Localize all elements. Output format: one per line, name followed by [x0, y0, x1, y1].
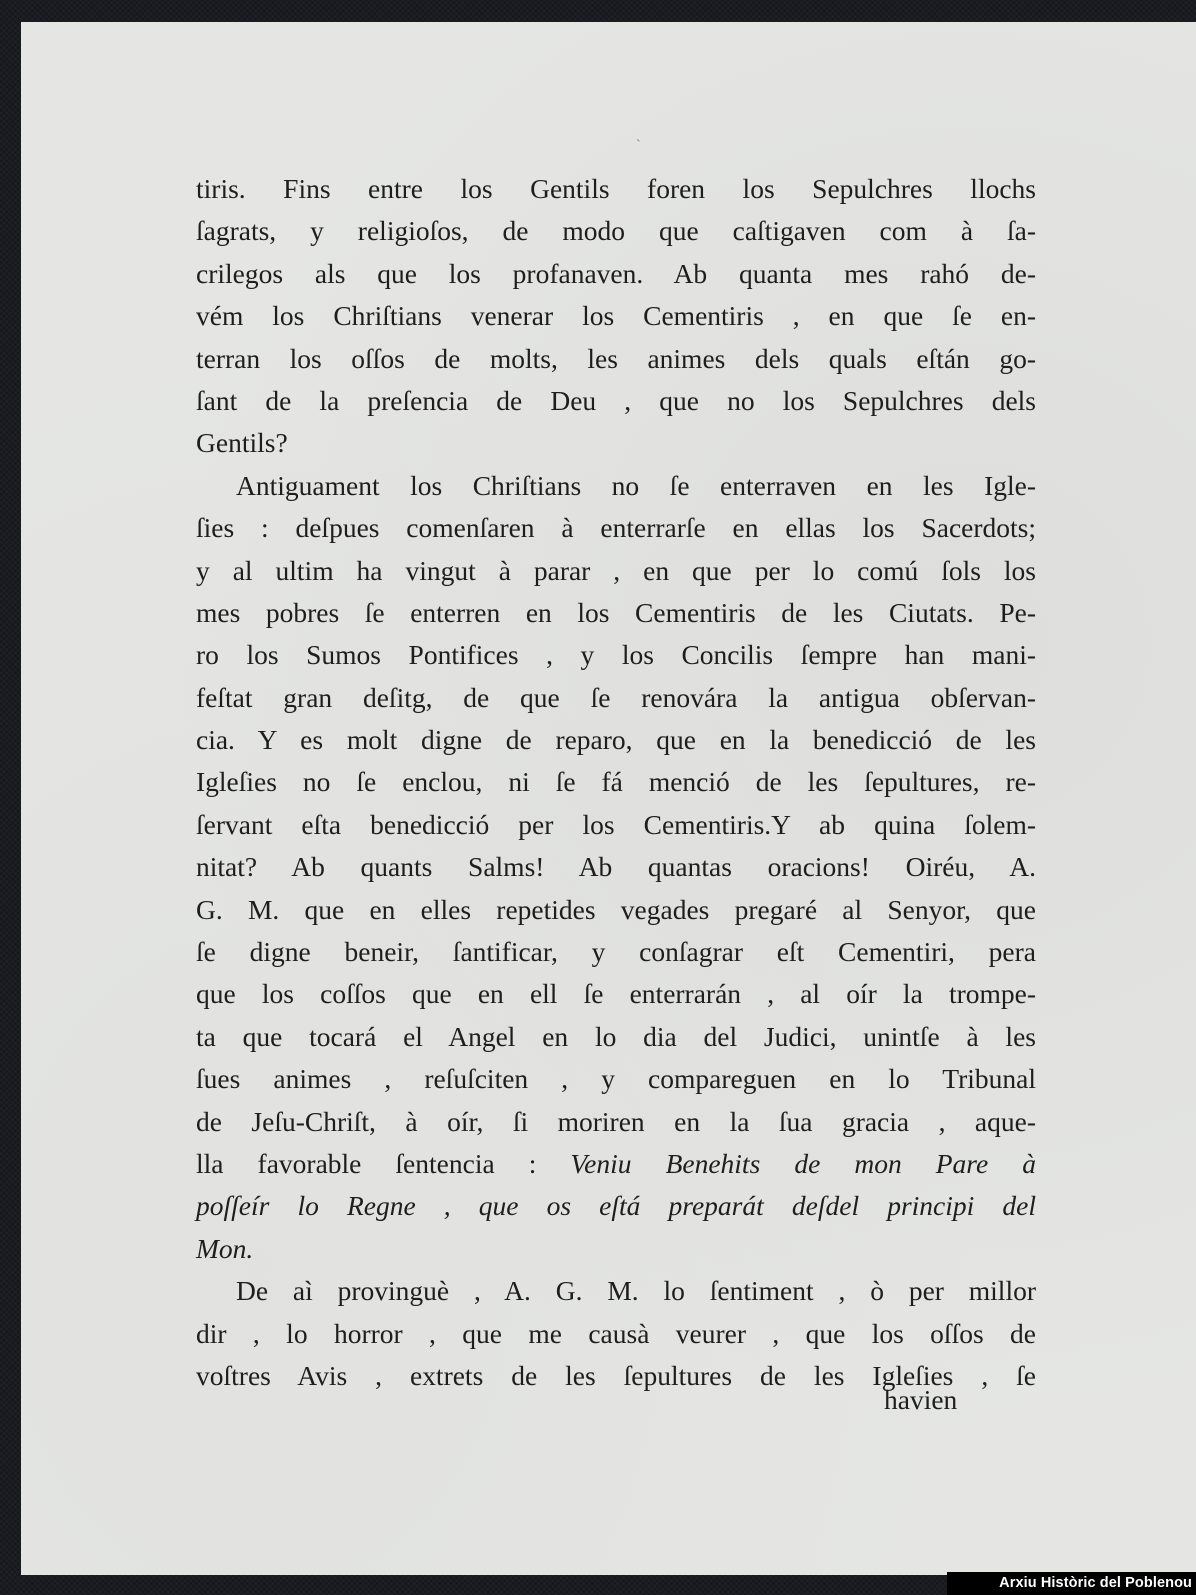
text-line: terran los oſſos de molts, les animes de… — [196, 338, 1036, 380]
text-line: nitat? Ab quants Salms! Ab quantas oraci… — [196, 846, 1036, 888]
text-line: ro los Sumos Pontifices , y los Concilis… — [196, 634, 1036, 676]
text-line: Igleſies no ſe enclou, ni ſe fá menció d… — [196, 761, 1036, 803]
scripture-quote-line: poſſeír lo Regne , que os eſtá preparát … — [196, 1185, 1036, 1227]
folio-mark: ` — [636, 138, 641, 154]
text-line: ſagrats, y religioſos, de modo que caſti… — [196, 210, 1036, 252]
mixed-quote-line: lla favorable ſentencia : Veniu Benehits… — [196, 1143, 1036, 1185]
text-line: ſe digne beneir, ſantificar, y conſagrar… — [196, 931, 1036, 973]
text-line: crilegos als que los profanaven. Ab quan… — [196, 253, 1036, 295]
text-line: G. M. que en elles repetides vegades pre… — [196, 889, 1036, 931]
catchword: havien — [884, 1384, 957, 1416]
text-line: cia. Y es molt digne de reparo, que en l… — [196, 719, 1036, 761]
text-line: Gentils? — [196, 422, 1036, 464]
text-line: ſervant eſta benedicció per los Cementir… — [196, 804, 1036, 846]
body-text: tiris. Fins entre los Gentils foren los … — [196, 168, 1036, 1397]
archive-watermark: Arxiu Històric del Poblenou — [947, 1572, 1196, 1595]
roman-segment: lla favorable ſentencia : — [196, 1148, 570, 1179]
text-line: que los coſſos que en ell ſe enterrarán … — [196, 973, 1036, 1015]
text-line: y al ultim ha vingut à parar , en que pe… — [196, 550, 1036, 592]
text-line: feſtat gran deſitg, de que ſe renovára l… — [196, 677, 1036, 719]
text-line: ſues animes , reſuſciten , y compareguen… — [196, 1058, 1036, 1100]
text-line: de Jeſu-Chriſt, à oír, ſi moriren en la … — [196, 1101, 1036, 1143]
text-line: tiris. Fins entre los Gentils foren los … — [196, 168, 1036, 210]
text-line: vém los Chriſtians venerar los Cementiri… — [196, 295, 1036, 337]
scripture-quote-end: Mon. — [196, 1228, 1036, 1270]
paragraph-start-line: Antiguament los Chriſtians no ſe enterra… — [196, 465, 1036, 507]
text-line: ſies : deſpues comenſaren à enterrarſe e… — [196, 507, 1036, 549]
text-line: dir , lo horror , que me causà veurer , … — [196, 1313, 1036, 1355]
text-line: ſant de la preſencia de Deu , que no los… — [196, 380, 1036, 422]
paragraph-start-line: De aì provinguè , A. G. M. lo ſentiment … — [196, 1270, 1036, 1312]
text-line: ta que tocará el Angel en lo dia del Jud… — [196, 1016, 1036, 1058]
text-line: mes pobres ſe enterren en los Cementiris… — [196, 592, 1036, 634]
scripture-quote-start: Veniu Benehits de mon Pare à — [570, 1148, 1036, 1179]
